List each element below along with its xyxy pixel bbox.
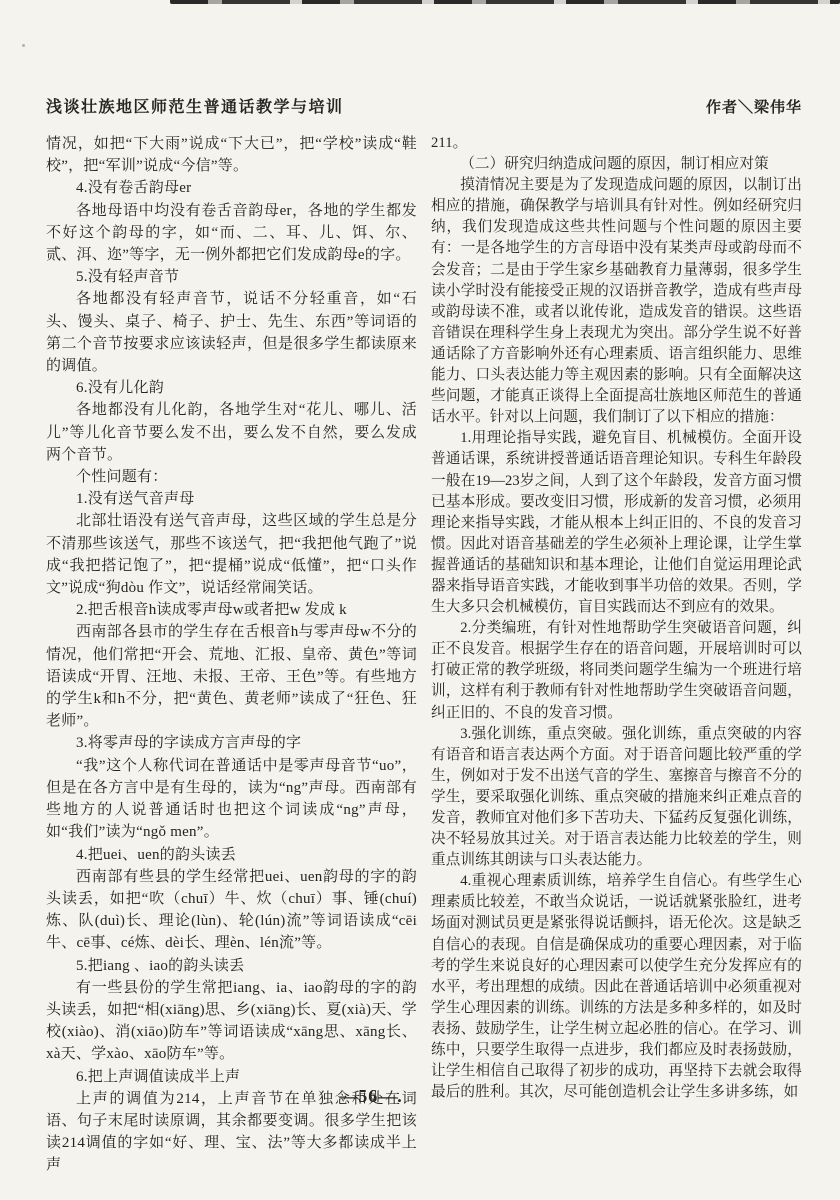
paragraph: 个性问题有： bbox=[46, 466, 417, 488]
paragraph: 有一些县份的学生常把iang、ia、iao韵母的字的韵头读丢，如把“相(xiān… bbox=[46, 977, 417, 1066]
paragraph: 1.没有送气音声母 bbox=[46, 488, 417, 510]
paragraph: 6.没有儿化韵 bbox=[46, 377, 417, 399]
paragraph: 1.用理论指导实践，避免盲目、机械模仿。全面开设普通话课，系统讲授普通话语音理论… bbox=[431, 428, 802, 618]
paragraph: 北部壮语没有送气音声母，这些区域的学生总是分不清那些该送气，那些不该送气，把“我… bbox=[46, 510, 417, 599]
paragraph: 情况，如把“下大雨”说成“下大已”，把“学校”读成“鞋校”，把“军训”说成“今信… bbox=[46, 133, 417, 177]
page-number: —56—. bbox=[0, 1086, 742, 1107]
scan-speck bbox=[22, 44, 25, 47]
paragraph: 4.重视心理素质训练，培养学生自信心。有些学生心理素质比较差，不敢当众说话，一说… bbox=[431, 871, 802, 1103]
article-author: 作者＼梁伟华 bbox=[706, 96, 802, 117]
two-column-body: 情况，如把“下大雨”说成“下大已”，把“学校”读成“鞋校”，把“军训”说成“今信… bbox=[46, 133, 802, 1177]
paragraph: （二）研究归纳造成问题的原因，制订相应对策 bbox=[431, 154, 802, 175]
paragraph: 2.把舌根音h读成零声母w或者把w 发成 k bbox=[46, 599, 417, 621]
paragraph: 4.没有卷舌韵母er bbox=[46, 177, 417, 199]
paragraph: 5.没有轻声音节 bbox=[46, 266, 417, 288]
paragraph: 211。 bbox=[431, 133, 802, 154]
paragraph: “我”这个人称代词在普通话中是零声母音节“uo”，但是在各方言中是有生母的，读为… bbox=[46, 755, 417, 844]
paragraph: 4.把uei、uen的韵头读丢 bbox=[46, 844, 417, 866]
paragraph: 摸清情况主要是为了发现造成问题的原因，以制订出相应的措施，确保教学与培训具有针对… bbox=[431, 175, 802, 428]
paragraph: 各地都没有儿化韵，各地学生对“花儿、哪儿、活儿”等儿化音节要么发不出，要么发不自… bbox=[46, 399, 417, 466]
paragraph: 2.分类编班，有针对性地帮助学生突破语音问题，纠正不良发音。根据学生存在的语音问… bbox=[431, 618, 802, 723]
paragraph: 5.把iang 、iao的韵头读丢 bbox=[46, 955, 417, 977]
page-header: 浅谈壮族地区师范生普通话教学与培训 作者＼梁伟华 bbox=[46, 94, 802, 117]
scan-edge-artifact bbox=[170, 0, 840, 4]
paragraph: 西南部各县市的学生存在舌根音h与零声母w不分的情况，他们常把“开会、荒地、汇报、… bbox=[46, 621, 417, 732]
paragraph: 3.强化训练，重点突破。强化训练，重点突破的内容有语音和语言表达两个方面。对于语… bbox=[431, 724, 802, 872]
article-title: 浅谈壮族地区师范生普通话教学与培训 bbox=[46, 94, 344, 117]
paragraph: 各地都没有轻声音节，说话不分轻重音，如“石头、馒头、桌子、椅子、护士、先生、东西… bbox=[46, 288, 417, 377]
paragraph: 各地母语中均没有卷舌音韵母er，各地的学生都发不好这个韵母的字，如“而、二、耳、… bbox=[46, 200, 417, 267]
paragraph: 3.将零声母的字读成方言声母的字 bbox=[46, 732, 417, 754]
paragraph: 西南部有些县的学生经常把uei、uen韵母的字的韵头读丢，如把“吹（chuī）牛… bbox=[46, 866, 417, 955]
paragraph: 6.把上声调值读成半上声 bbox=[46, 1066, 417, 1088]
document-page: 浅谈壮族地区师范生普通话教学与培训 作者＼梁伟华 情况，如把“下大雨”说成“下大… bbox=[46, 94, 802, 1177]
left-column: 情况，如把“下大雨”说成“下大已”，把“学校”读成“鞋校”，把“军训”说成“今信… bbox=[46, 133, 417, 1177]
right-column: 211。（二）研究归纳造成问题的原因，制订相应对策摸清情况主要是为了发现造成问题… bbox=[431, 133, 802, 1177]
